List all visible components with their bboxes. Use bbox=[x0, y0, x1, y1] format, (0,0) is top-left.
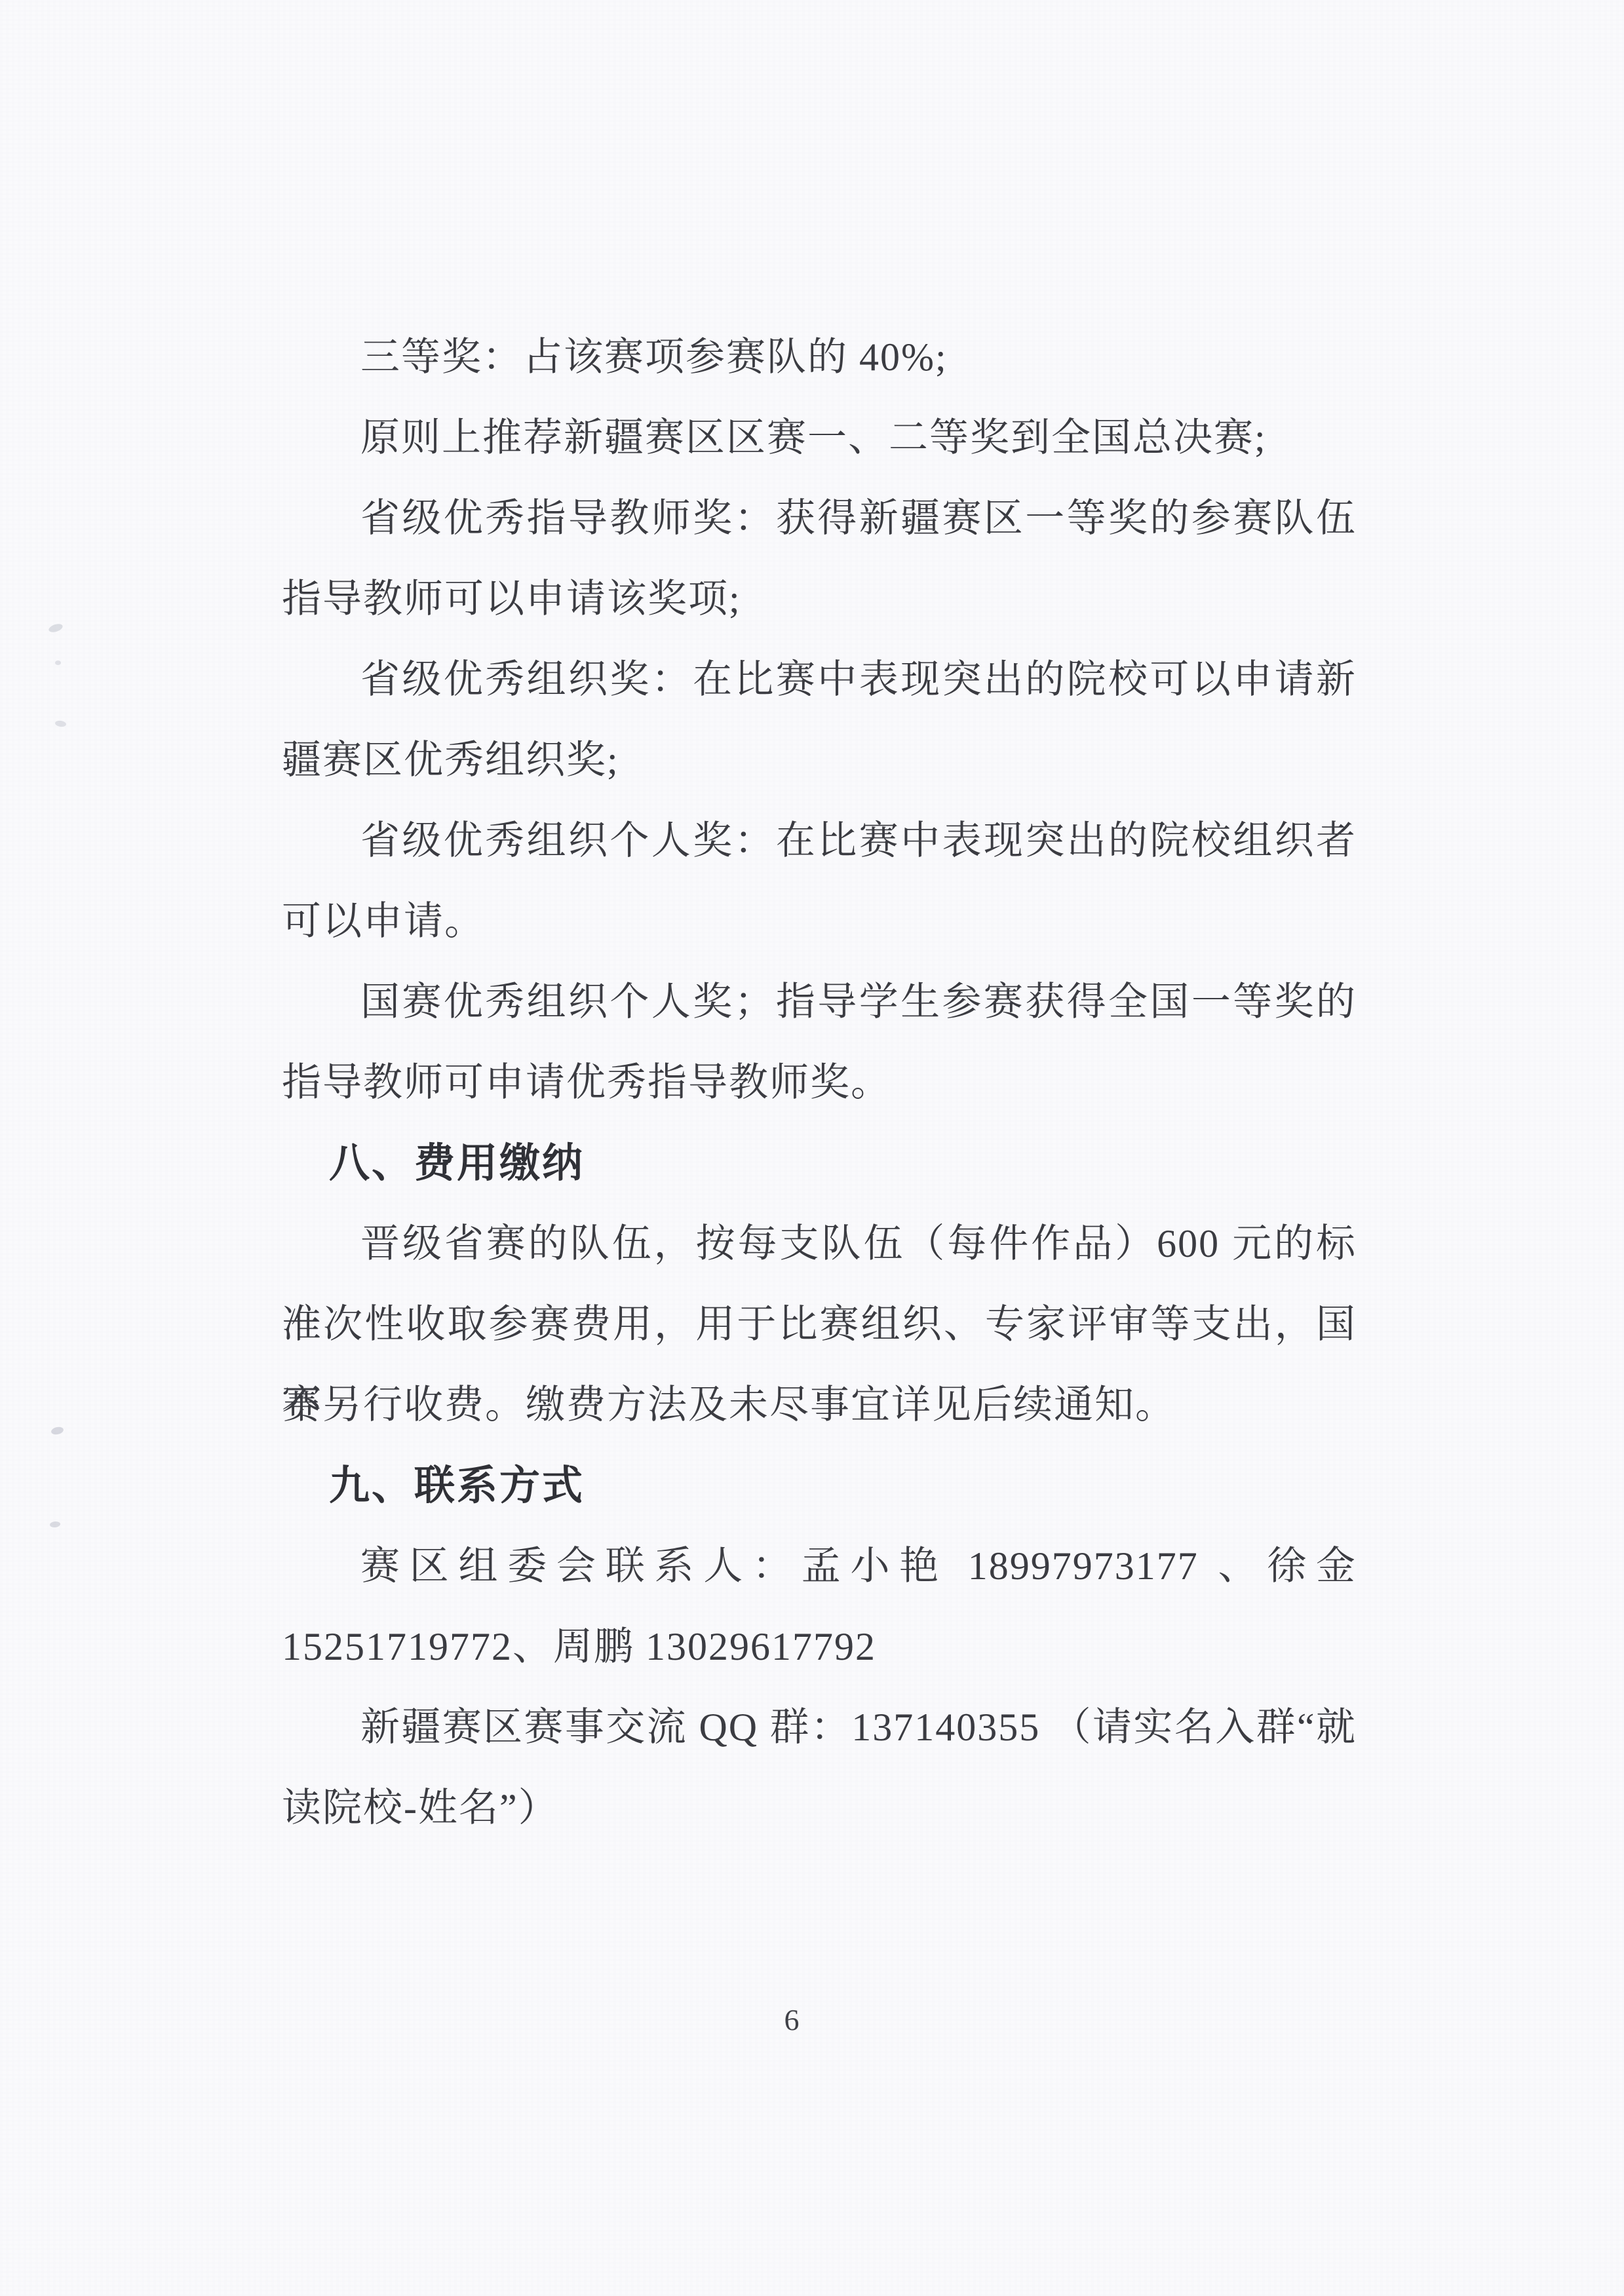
text-line: 指导教师可申请优秀指导教师奖。 bbox=[282, 1043, 1357, 1123]
text-line: 原则上推荐新疆赛区区赛一、二等奖到全国总决赛; bbox=[282, 398, 1357, 478]
text-line-contact: 赛区组委会联系人：孟小艳 18997973177 、徐金 bbox=[282, 1526, 1357, 1607]
text-line: 疆赛区优秀组织奖; bbox=[282, 720, 1357, 801]
text-line: 省级优秀组织奖：在比赛中表现突出的院校可以申请新 bbox=[282, 640, 1357, 720]
text-line: 国赛优秀组织个人奖；指导学生参赛获得全国一等奖的 bbox=[282, 962, 1357, 1043]
scan-artifact bbox=[54, 720, 66, 727]
text-line: 省级优秀组织个人奖：在比赛中表现突出的院校组织者 bbox=[282, 801, 1357, 881]
section-heading-fees: 八、费用缴纳 bbox=[329, 1123, 1357, 1204]
scan-artifact bbox=[55, 660, 61, 665]
document-body: 三等奖：占该赛项参赛队的 40%; 原则上推荐新疆赛区区赛一、二等奖到全国总决赛… bbox=[282, 317, 1357, 1848]
text-line: 晋级省赛的队伍，按每支队伍（每件作品）600 元的标准 bbox=[282, 1204, 1357, 1284]
text-line: 可以申请。 bbox=[282, 881, 1357, 962]
scan-artifact bbox=[48, 622, 64, 634]
text-line-contact: 15251719772、周鹏 13029617792 bbox=[282, 1607, 1357, 1687]
text-line: 指导教师可以申请该奖项; bbox=[282, 559, 1357, 640]
text-line-qq-group: 读院校-姓名”） bbox=[282, 1768, 1357, 1848]
text-line: 一次性收取参赛费用，用于比赛组织、专家评审等支出，国赛 bbox=[282, 1284, 1357, 1365]
scan-artifact bbox=[50, 1521, 61, 1528]
text-line: 不另行收费。缴费方法及未尽事宜详见后续通知。 bbox=[282, 1365, 1357, 1445]
section-heading-contact: 九、联系方式 bbox=[329, 1445, 1357, 1526]
scan-artifact bbox=[50, 1426, 64, 1436]
page-number: 6 bbox=[765, 2002, 818, 2037]
text-line: 省级优秀指导教师奖：获得新疆赛区一等奖的参赛队伍 bbox=[282, 478, 1357, 559]
text-line: 三等奖：占该赛项参赛队的 40%; bbox=[282, 317, 1357, 398]
text-line-qq-group: 新疆赛区赛事交流 QQ 群：137140355 （请实名入群“就 bbox=[282, 1687, 1357, 1768]
document-page: 三等奖：占该赛项参赛队的 40%; 原则上推荐新疆赛区区赛一、二等奖到全国总决赛… bbox=[0, 0, 1624, 2296]
